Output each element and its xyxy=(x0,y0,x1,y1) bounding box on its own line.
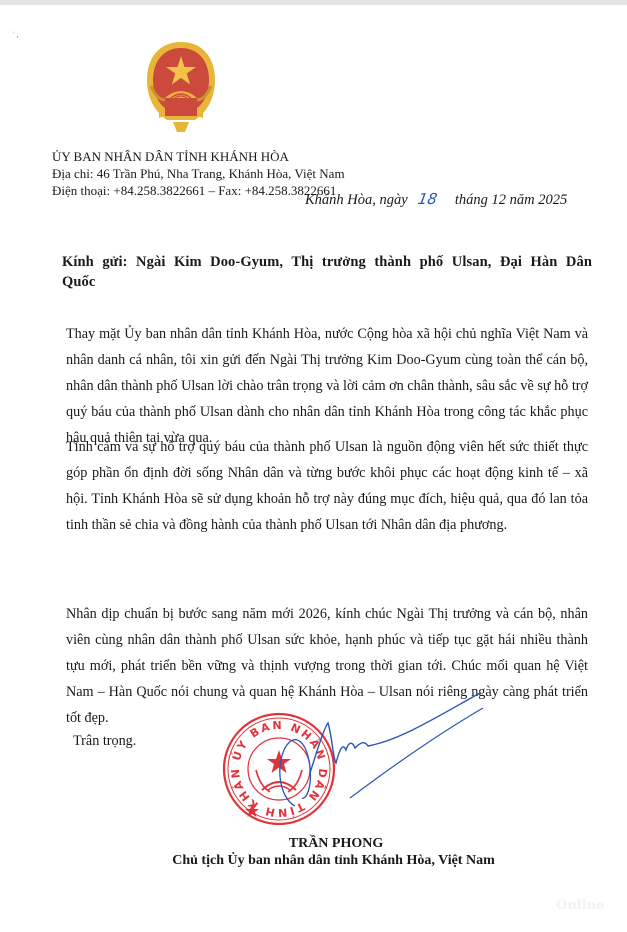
organization-name: ỦY BAN NHÂN DÂN TỈNH KHÁNH HÒA xyxy=(52,148,345,165)
organization-contact: Điện thoại: +84.258.3822661 – Fax: +84.2… xyxy=(52,182,345,199)
letterhead: ỦY BAN NHÂN DÂN TỈNH KHÁNH HÒA Địa chỉ: … xyxy=(52,148,345,199)
date-place-prefix: Khánh Hòa, ngày xyxy=(305,192,408,208)
recipient-line: Kính gửi: Ngài Kim Doo-Gyum, Thị trưởng … xyxy=(62,252,592,292)
body-paragraph-1: Thay mặt Ủy ban nhân dân tỉnh Khánh Hòa,… xyxy=(66,321,588,451)
scan-speck: ˙ , xyxy=(12,30,19,39)
body-paragraph-2: Tình cảm và sự hỗ trợ quý báu của thành … xyxy=(66,434,588,538)
watermark: Online xyxy=(556,898,604,913)
handwritten-day: 18 xyxy=(416,190,438,208)
dateline: Khánh Hòa, ngày18tháng 12 năm 2025 xyxy=(305,190,567,209)
date-month-year: tháng 12 năm 2025 xyxy=(455,192,567,208)
handwritten-signature xyxy=(240,688,490,828)
top-edge-bar xyxy=(0,0,627,5)
signer-title: Chủ tịch Ủy ban nhân dân tỉnh Khánh Hòa,… xyxy=(0,853,627,869)
organization-address: Địa chỉ: 46 Trần Phú, Nha Trang, Khánh H… xyxy=(52,165,345,182)
closing-salutation: Trân trọng. xyxy=(73,733,136,750)
signer-name: TRẦN PHONG xyxy=(0,836,627,852)
vietnam-national-emblem-icon xyxy=(145,40,217,134)
